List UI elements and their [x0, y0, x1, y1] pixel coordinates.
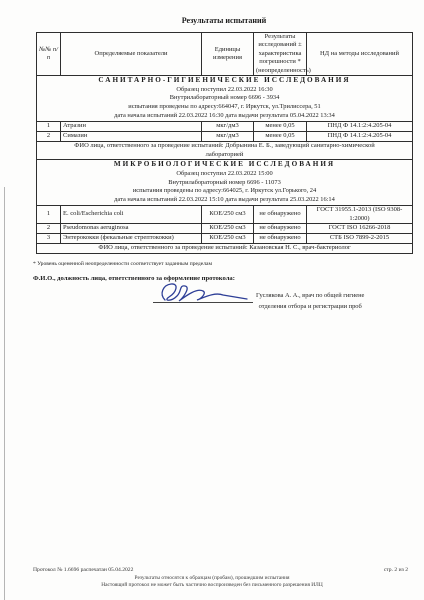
- table-row: 1 E. coli/Escherichia coli КОЕ/250 см3 н…: [37, 206, 413, 224]
- row-result: не обнаружено: [254, 233, 307, 243]
- col-header-method: НД на методы исследований: [307, 33, 413, 76]
- row-unit: мкг/дм3: [202, 121, 254, 131]
- section-microbiology-header: МИКРОБИОЛОГИЧЕСКИЕ ИССЛЕДОВАНИЯ Образец …: [37, 160, 413, 206]
- footer-protocol-number: Протокол № 1.6696 распечатан 05.04.2022: [33, 567, 133, 573]
- row-result: менее 0,05: [254, 121, 307, 131]
- row-result: не обнаружено: [254, 223, 307, 233]
- row-indicator: E. coli/Escherichia coli: [61, 206, 202, 224]
- col-header-result: Результаты исследований ± характеристика…: [254, 33, 307, 76]
- row-unit: КОЕ/250 см3: [202, 223, 254, 233]
- footer-note-1: Результаты относятся к образцам (пробам)…: [0, 575, 424, 581]
- scan-artifact-line: [4, 187, 5, 600]
- page-title: Результаты испытаний: [35, 16, 413, 25]
- table-row: 3 Энтерококки (фекальные стрептококки) К…: [37, 233, 413, 243]
- fio-row-sanitary: ФИО лица, ответственного за проведение и…: [37, 141, 413, 160]
- table-header-row: №№ п/п Определяемые показатели Единицы и…: [37, 33, 413, 76]
- row-result: не обнаружено: [254, 206, 307, 224]
- fio-tester-line: ФИО лица, ответственного за проведение и…: [70, 142, 380, 160]
- row-method: ПНД Ф 14.1:2:4.205-04: [307, 131, 413, 141]
- row-indicator: Pseudomonas aeruginosa: [61, 223, 202, 233]
- section-sanitary-header: САНИТАРНО-ГИГИЕНИЧЕСКИЕ ИССЛЕДОВАНИЯ Обр…: [37, 76, 413, 122]
- lab-number-line: Внутрилабораторный номер 6696 - 3934: [39, 94, 410, 103]
- section-title: МИКРОБИОЛОГИЧЕСКИЕ ИССЛЕДОВАНИЯ: [39, 160, 410, 169]
- row-unit: мкг/дм3: [202, 131, 254, 141]
- table-row: 1 Атразин мкг/дм3 менее 0,05 ПНД Ф 14.1:…: [37, 121, 413, 131]
- row-num: 1: [37, 206, 61, 224]
- row-num: 3: [37, 233, 61, 243]
- row-indicator: Энтерококки (фекальные стрептококки): [61, 233, 202, 243]
- row-unit: КОЕ/250 см3: [202, 233, 254, 243]
- document-content: Результаты испытаний №№ п/п Определяемые…: [35, 16, 413, 313]
- uncertainty-footnote: * Уровень оцененной неопределенности соо…: [33, 261, 413, 267]
- document-page: Результаты испытаний №№ п/п Определяемые…: [0, 0, 424, 600]
- officer-name-and-title: Гуслякова А. А., врач по общей гигиене о…: [256, 290, 364, 313]
- test-address-line: испытания проведены по адресу:664025, г.…: [39, 187, 410, 196]
- row-method: СТБ ISO 7899-2-2015: [307, 233, 413, 243]
- fio-tester-line: ФИО лица, ответственного за проведение и…: [70, 244, 380, 253]
- sample-received-line: Образец поступил 22.03.2022 15:00: [39, 170, 410, 179]
- officer-line-1: Гуслякова А. А., врач по общей гигиене: [256, 290, 364, 302]
- test-dates-line: дата начала испытаний 22.03.2022 16:30 д…: [39, 112, 410, 121]
- handwritten-signature-icon: [155, 280, 251, 306]
- footer-note-2: Настоящий протокол не может быть частичн…: [0, 582, 424, 588]
- sample-received-line: Образец поступил 22.03.2022 16:30: [39, 86, 410, 95]
- row-result: менее 0,05: [254, 131, 307, 141]
- row-indicator: Симазин: [61, 131, 202, 141]
- row-method: ГОСТ 31955.1-2013 (ISO 9308-1:2000): [307, 206, 413, 224]
- row-unit: КОЕ/250 см3: [202, 206, 254, 224]
- row-num: 2: [37, 223, 61, 233]
- col-header-unit: Единицы измерения: [202, 33, 254, 76]
- officer-line-2: отделения отбора и регистрации проб: [256, 301, 364, 313]
- fio-row-microbiology: ФИО лица, ответственного за проведение и…: [37, 243, 413, 253]
- row-num: 1: [37, 121, 61, 131]
- table-row: 2 Pseudomonas aeruginosa КОЕ/250 см3 не …: [37, 223, 413, 233]
- col-header-num: №№ п/п: [37, 33, 61, 76]
- row-method: ГОСТ ISO 16266-2018: [307, 223, 413, 233]
- row-num: 2: [37, 131, 61, 141]
- col-header-indicator: Определяемые показатели: [61, 33, 202, 76]
- signature-block: Гуслякова А. А., врач по общей гигиене о…: [153, 290, 413, 313]
- signature-underline: [153, 290, 253, 303]
- table-row: 2 Симазин мкг/дм3 менее 0,05 ПНД Ф 14.1:…: [37, 131, 413, 141]
- row-indicator: Атразин: [61, 121, 202, 131]
- test-address-line: испытания проведены по адресу:664047, г.…: [39, 103, 410, 112]
- row-method: ПНД Ф 14.1:2:4.205-04: [307, 121, 413, 131]
- test-dates-line: дата начала испытаний 22.03.2022 15:10 д…: [39, 196, 410, 205]
- section-title: САНИТАРНО-ГИГИЕНИЧЕСКИЕ ИССЛЕДОВАНИЯ: [39, 76, 410, 85]
- results-table: №№ п/п Определяемые показатели Единицы и…: [36, 32, 413, 254]
- lab-number-line: Внутрилабораторный номер 6696 - 11073: [39, 179, 410, 188]
- footer-page-number: стр. 2 из 2: [384, 567, 408, 573]
